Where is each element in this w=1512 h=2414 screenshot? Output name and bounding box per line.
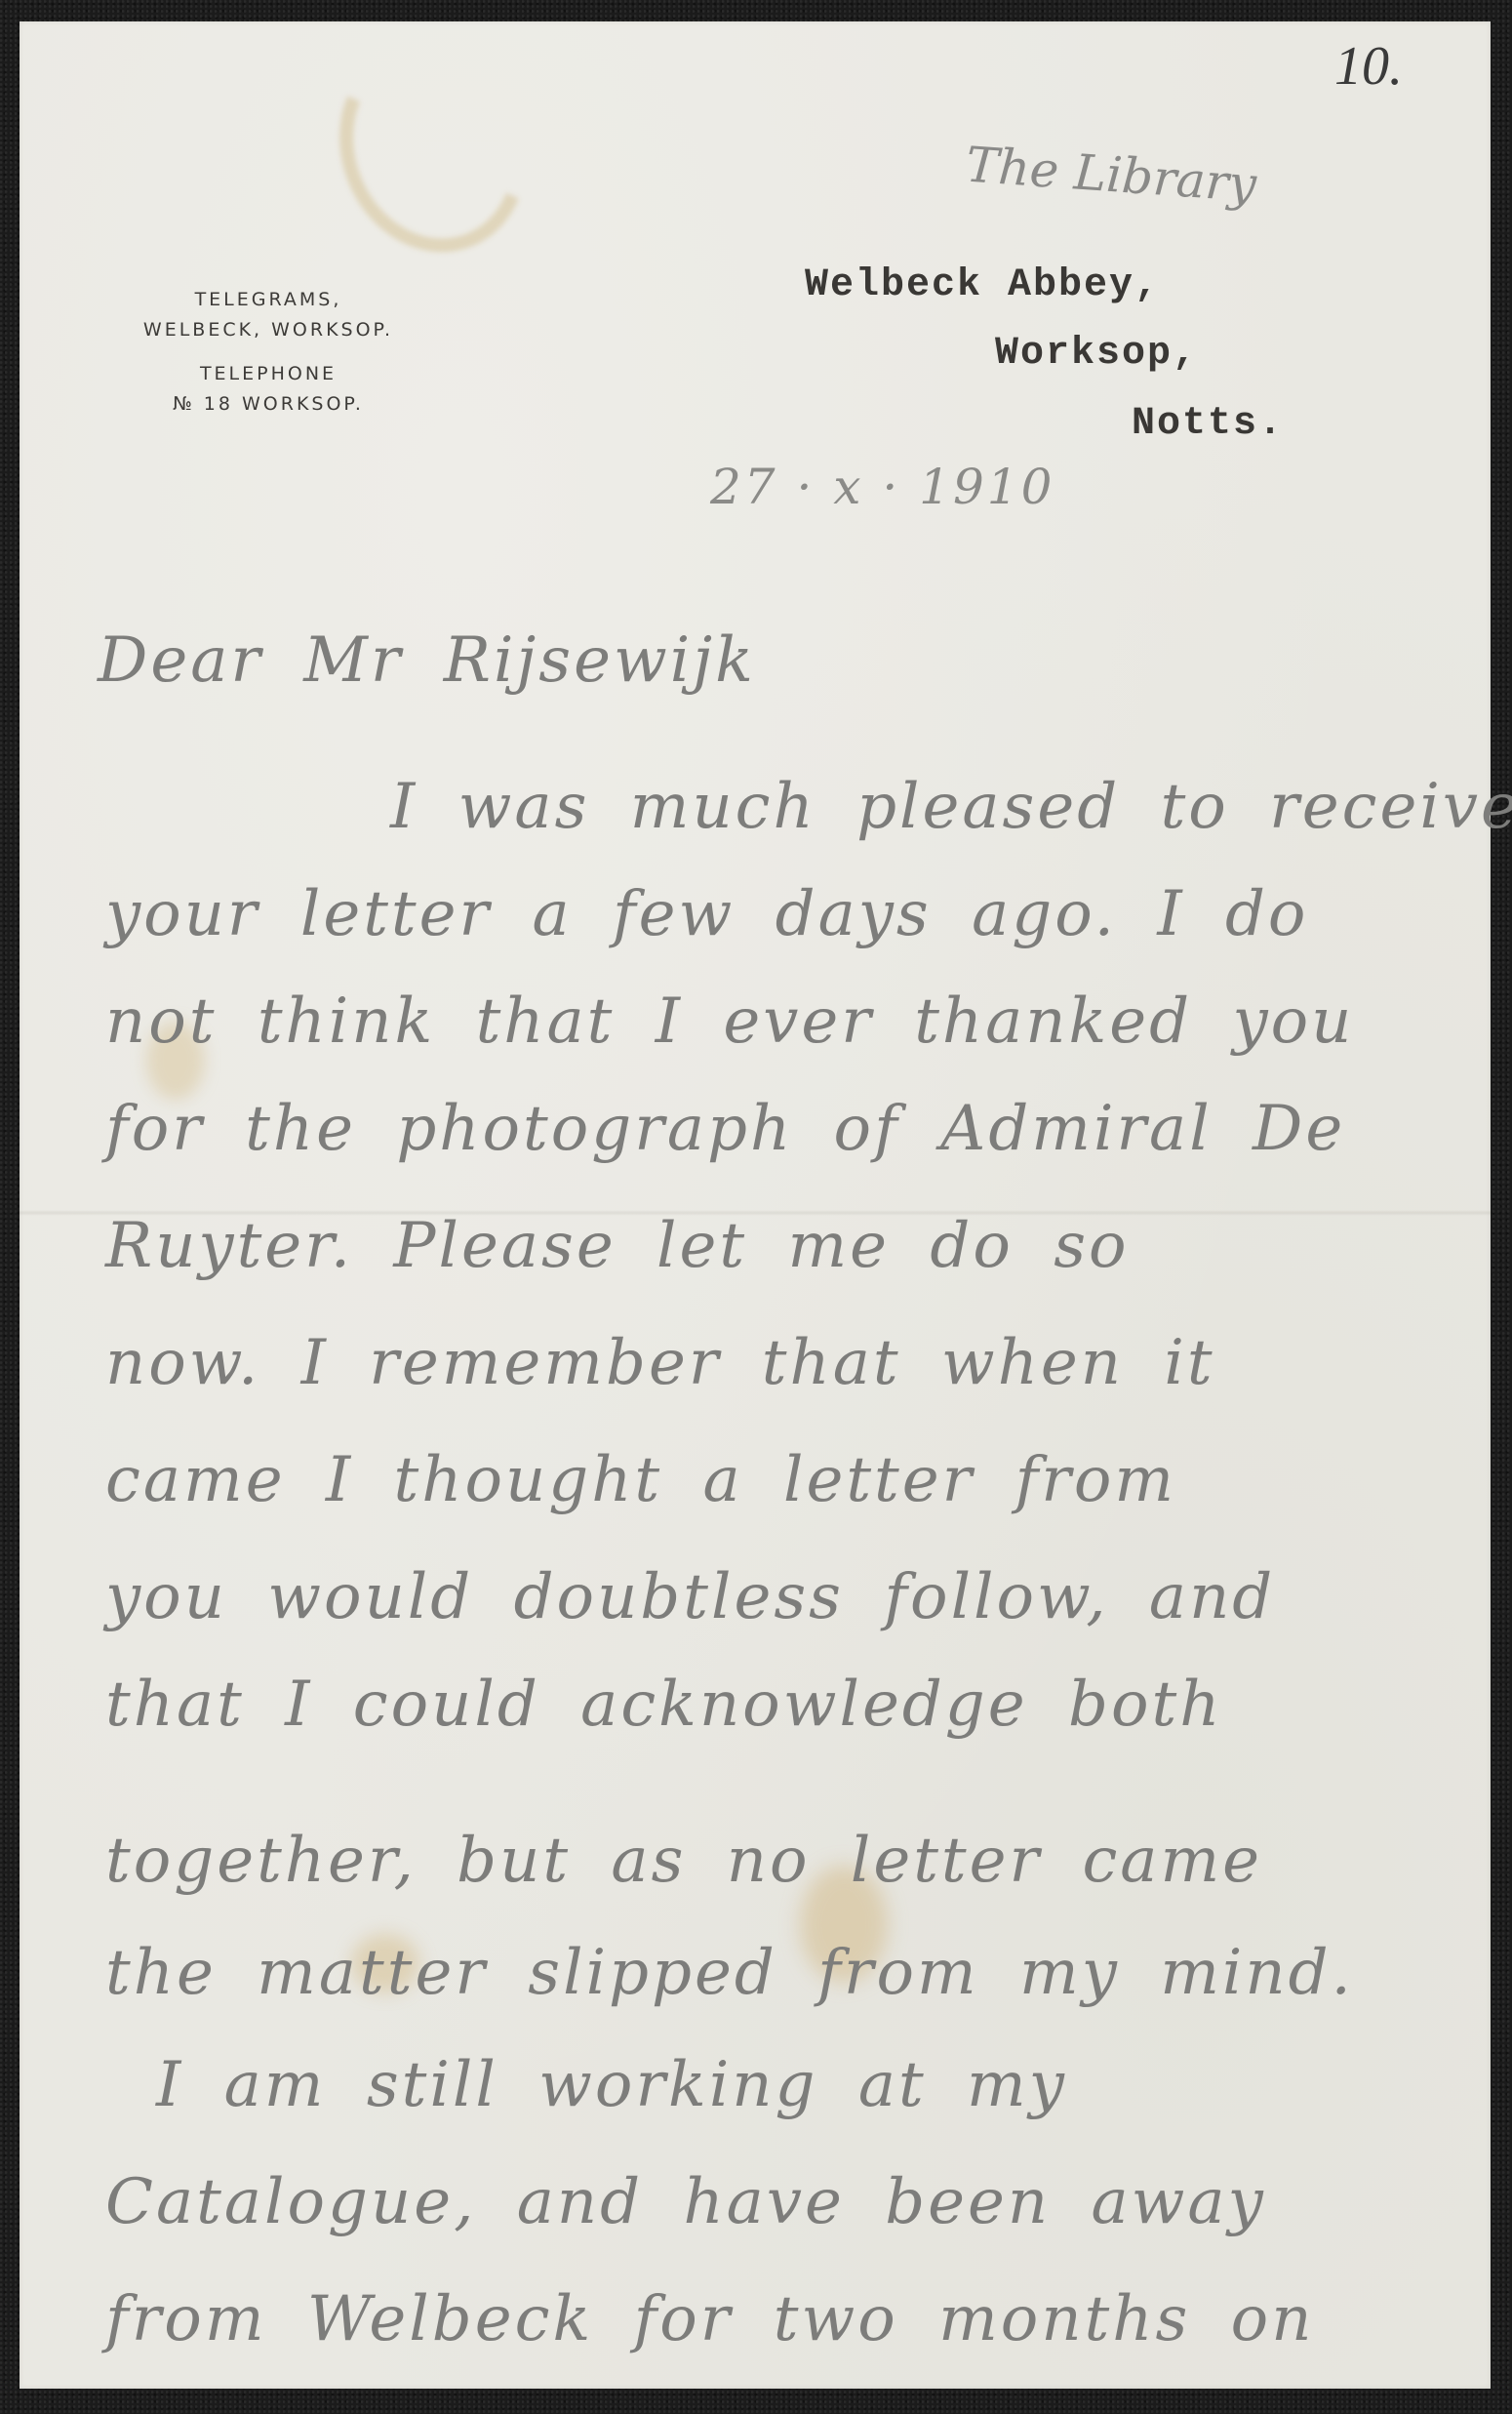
telephone-label: TELEPHONE <box>78 359 458 389</box>
stain-mark <box>310 16 555 278</box>
telegrams-label: TELEGRAMS, <box>78 285 458 315</box>
body-line: now. I remember that when it <box>105 1327 1215 1399</box>
body-line: I am still working at my <box>156 2049 1067 2121</box>
body-line: Catalogue, and have been away <box>105 2166 1266 2238</box>
telegrams-address: WELBECK, WORKSOP. <box>78 315 458 345</box>
telephone-number: № 18 WORKSOP. <box>78 389 458 420</box>
salutation: Dear Mr Rijsewijk <box>98 624 756 697</box>
body-line: from Welbeck for two months on <box>105 2283 1314 2355</box>
letterhead-contact-block: TELEGRAMS, WELBECK, WORKSOP. TELEPHONE №… <box>78 285 458 420</box>
body-line: came I thought a letter from <box>105 1444 1176 1516</box>
body-line: for the photograph of Admiral De <box>105 1093 1345 1165</box>
body-line: the matter slipped from my mind. <box>105 1937 1354 2009</box>
body-line: that I could acknowledge both <box>105 1669 1222 1741</box>
letter-date: 27 · x · 1910 <box>710 459 1054 515</box>
body-line: not think that I ever thanked you <box>105 986 1354 1058</box>
address-line-3: Notts. <box>1132 402 1284 446</box>
body-line: you would doubtless follow, and <box>105 1561 1275 1633</box>
address-line-2: Worksop, <box>995 332 1198 376</box>
body-line: Ruyter. Please let me do so <box>105 1210 1130 1282</box>
address-line-1: Welbeck Abbey, <box>805 263 1160 307</box>
page-number: 10. <box>1334 35 1403 98</box>
body-line: I was much pleased to receive <box>390 771 1512 843</box>
body-line: together, but as no letter came <box>105 1825 1262 1897</box>
body-line: your letter a few days ago. I do <box>105 878 1308 950</box>
